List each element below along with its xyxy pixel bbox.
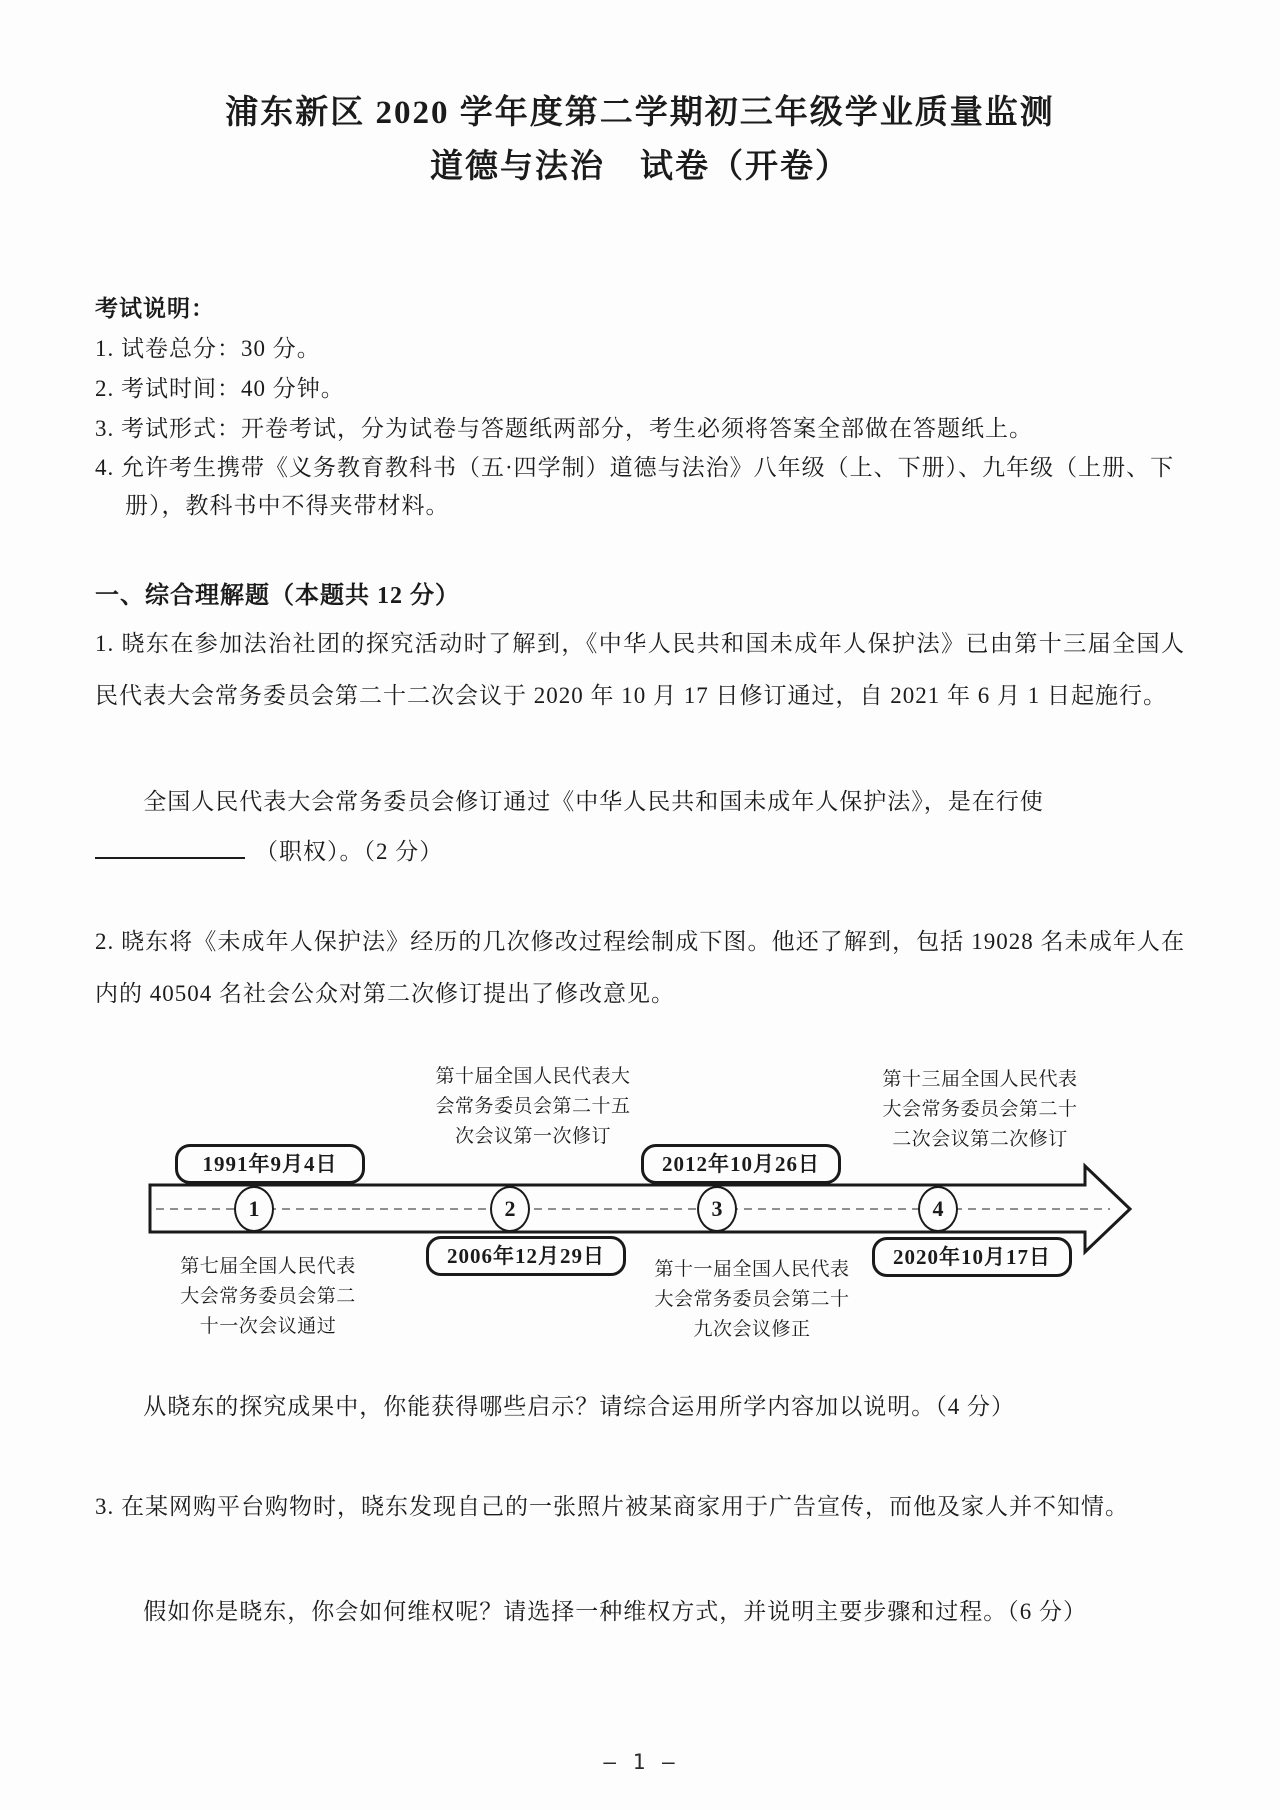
question1-blank-suffix: （职权）。（2 分） xyxy=(255,839,443,864)
question2-prompt: 从晓东的探究成果中，你能获得哪些启示？请综合运用所学内容加以说明。（4 分） xyxy=(95,1381,1185,1433)
timeline-label-amendment: 第十一届全国人民代表 大会常务委员会第二十 九次会议修正 xyxy=(642,1255,862,1345)
question1-body: 1. 晓东在参加法治社团的探究活动时了解到，《中华人民共和国未成年人保护法》已由… xyxy=(95,618,1185,722)
exam-note-item-1: 1. 试卷总分：30 分。 xyxy=(95,329,1185,369)
timeline-date-box-2006: 2006年12月29日 xyxy=(426,1236,626,1276)
exam-note-item-3: 3. 考试形式：开卷考试，分为试卷与答题纸两部分，考生必须将答案全部做在答题纸上… xyxy=(95,409,1185,449)
timeline-label-second-revision: 第十三届全国人民代表 大会常务委员会第二十 二次会议第二次修订 xyxy=(870,1065,1090,1155)
timeline-point-3-circle: 3 xyxy=(697,1186,737,1232)
page-number: — 1 — xyxy=(0,1750,1280,1774)
timeline-diagram: 1 2 3 4 1991年9月4日 2006年12月29日 2012年10月26… xyxy=(120,1040,1180,1362)
timeline-point-1-circle: 1 xyxy=(234,1186,274,1232)
answer-blank-line xyxy=(95,834,245,859)
question1-followup: 全国人民代表大会常务委员会修订通过《中华人民共和国未成年人保护法》，是在行使 xyxy=(95,776,1185,828)
question3-prompt: 假如你是晓东，你会如何维权呢？请选择一种维权方式，并说明主要步骤和过程。（6 分… xyxy=(95,1586,1185,1638)
page-title-line2: 道德与法治 试卷（开卷） xyxy=(0,140,1280,187)
timeline-label-first-revision: 第十届全国人民代表大 会常务委员会第二十五 次会议第一次修订 xyxy=(423,1062,643,1152)
timeline-date-box-1991: 1991年9月4日 xyxy=(175,1144,365,1184)
exam-paper-page: 浦东新区 2020 学年度第二学期初三年级学业质量监测 道德与法治 试卷（开卷）… xyxy=(0,0,1280,1810)
timeline-point-4-circle: 4 xyxy=(918,1186,958,1232)
section-one-heading: 一、综合理解题（本题共 12 分） xyxy=(95,570,1185,622)
exam-note-item-4: 4. 允许考生携带《义务教育教科书（五·四学制）道德与法治》八年级（上、下册）、… xyxy=(95,449,1215,525)
timeline-point-2-circle: 2 xyxy=(490,1186,530,1232)
exam-note-item-2: 2. 考试时间：40 分钟。 xyxy=(95,369,1185,409)
exam-notes-heading: 考试说明： xyxy=(95,289,1185,329)
page-title-line1: 浦东新区 2020 学年度第二学期初三年级学业质量监测 xyxy=(0,86,1280,133)
timeline-date-box-2020: 2020年10月17日 xyxy=(872,1237,1072,1277)
timeline-date-box-2012: 2012年10月26日 xyxy=(641,1144,841,1184)
question1-blank-row: （职权）。（2 分） xyxy=(95,826,1185,878)
question3-body: 3. 在某网购平台购物时，晓东发现自己的一张照片被某商家用于广告宣传，而他及家人… xyxy=(95,1481,1185,1533)
timeline-label-adoption: 第七届全国人民代表 大会常务委员会第二 十一次会议通过 xyxy=(158,1252,378,1342)
question2-body: 2. 晓东将《未成年人保护法》经历的几次修改过程绘制成下图。他还了解到，包括 1… xyxy=(95,916,1185,1020)
